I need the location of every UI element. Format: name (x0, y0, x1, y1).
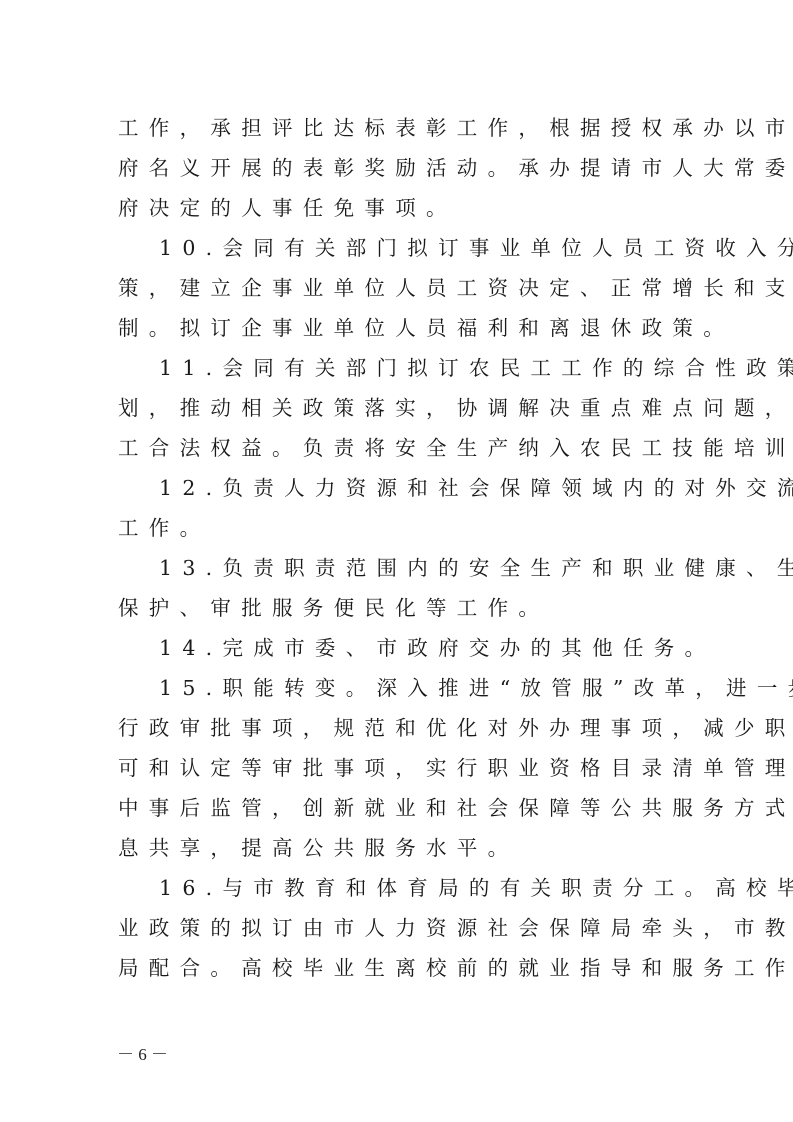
document-body: 工作，承担评比达标表彰工作，根据授权承办以市委、市政 府名义开展的表彰奖励活动。… (118, 108, 674, 988)
text-line: 工合法权益。负责将安全生产纳入农民工技能培训内容。 (118, 428, 674, 468)
item-16-first-line: 16.与市教育和体育局的有关职责分工。高校毕业生就 (118, 868, 674, 908)
text-line: 工作。 (118, 508, 674, 548)
text-line: 划，推动相关政策落实，协调解决重点难点问题，维护农民 (118, 388, 674, 428)
item-10-first-line: 10.会同有关部门拟订事业单位人员工资收入分配政 (118, 228, 674, 268)
item-12-first-line: 12.负责人力资源和社会保障领域内的对外交流与合作 (118, 468, 674, 508)
text-line: 局配合。高校毕业生离校前的就业指导和服务工作由市教育 (118, 948, 674, 988)
text-line: 工作，承担评比达标表彰工作，根据授权承办以市委、市政 (118, 108, 674, 148)
text-line: 府名义开展的表彰奖励活动。承办提请市人大常委会和市政 (118, 148, 674, 188)
text-line: 制。拟订企事业单位人员福利和离退休政策。 (118, 308, 674, 348)
item-11-first-line: 11.会同有关部门拟订农民工工作的综合性政策和规 (118, 348, 674, 388)
item-15-first-line: 15.职能转变。深入推进“放管服”改革，进一步减少 (118, 668, 674, 708)
document-page: 工作，承担评比达标表彰工作，根据授权承办以市委、市政 府名义开展的表彰奖励活动。… (0, 0, 793, 1122)
item-13-first-line: 13.负责职责范围内的安全生产和职业健康、生态环境 (118, 548, 674, 588)
item-14-first-line: 14.完成市委、市政府交办的其他任务。 (118, 628, 674, 668)
text-line: 行政审批事项，规范和优化对外办理事项，减少职业资格许 (118, 708, 674, 748)
text-line: 策，建立企事业单位人员工资决定、正常增长和支付保障机 (118, 268, 674, 308)
text-line: 息共享，提高公共服务水平。 (118, 828, 674, 868)
text-line: 中事后监管，创新就业和社会保障等公共服务方式，加强信 (118, 788, 674, 828)
text-line: 可和认定等审批事项，实行职业资格目录清单管理，加强事 (118, 748, 674, 788)
text-line: 业政策的拟订由市人力资源社会保障局牵头，市教育和体育 (118, 908, 674, 948)
text-line: 保护、审批服务便民化等工作。 (118, 588, 674, 628)
text-line: 府决定的人事任免事项。 (118, 188, 674, 228)
page-number: － 6 － (117, 1043, 168, 1067)
